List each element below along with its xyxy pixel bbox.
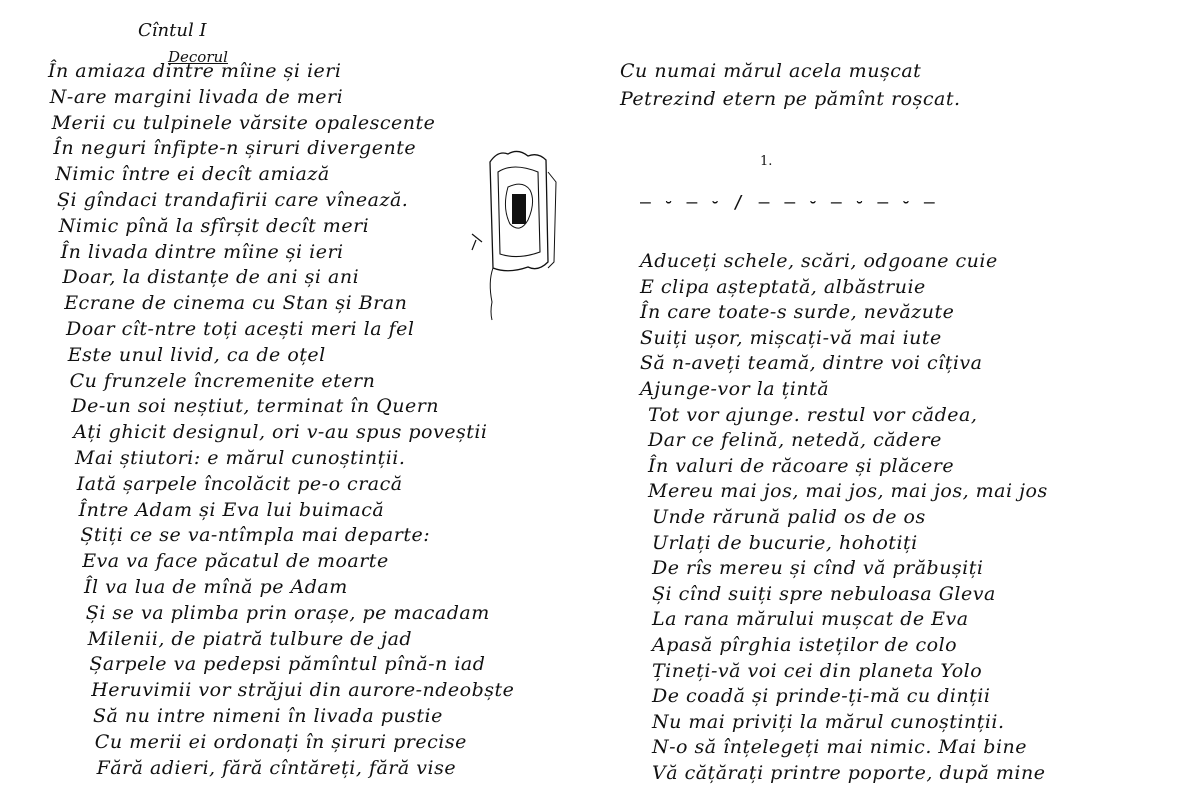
verse-line: La rana mărului mușcat de Eva [652, 608, 969, 630]
verse-line: În valuri de răcoare și plăcere [648, 455, 954, 477]
verse-line: Unde rărună palid os de os [652, 506, 926, 528]
verse-line: În care toate-s surde, nevăzute [640, 301, 954, 323]
verse-line: Să n-aveți teamă, dintre voi cîțiva [640, 352, 983, 374]
verse-line: Vă cățărați printre poporte, după mine [652, 762, 1046, 784]
verse-line: Cu frunzele încremenite etern [70, 370, 376, 392]
verse-line: Urlați de bucurie, hohotiți [652, 532, 918, 554]
left-manuscript-page: Cîntul I Decorul În amiaza dintre mîine … [0, 0, 560, 810]
section-number: 1. [760, 154, 772, 169]
verse-line: E clipa așteptată, albăstruie [640, 276, 926, 298]
verse-line: Ajunge-vor la țintă [640, 378, 829, 400]
verse-line: N-are margini livada de meri [50, 86, 343, 108]
verse-line: Și se va plimba prin orașe, pe macadam [86, 602, 490, 624]
verse-line: Iată șarpele încolăcit pe-o cracă [77, 473, 403, 495]
verse-line: Șarpele va pedepsi pămîntul pînă-n iad [89, 653, 485, 675]
verse-line: Cu merii ei ordonați în șiruri precise [95, 731, 467, 753]
verse-line: Tot vor ajunge. restul vor cădea, [648, 404, 977, 426]
verse-line: Merii cu tulpinele vărsite opalescente [52, 112, 436, 134]
verse-line: Știți ce se va-ntîmpla mai departe: [80, 524, 430, 546]
verse-line: Eva va face păcatul de moarte [82, 550, 389, 572]
verse-line: Ați ghicit designul, ori v-au spus poveș… [73, 421, 487, 443]
verse-line: N-o să înțelegeți mai nimic. Mai bine [652, 736, 1027, 758]
verse-line: De-un soi neștiut, terminat în Quern [71, 395, 439, 417]
verse-line: Țineți-vă voi cei din planeta Yolo [652, 660, 982, 682]
verse-line: De rîs mereu și cînd vă prăbușiți [652, 557, 983, 579]
right-manuscript-page: Cu numai mărul acela mușcatPetrezind ete… [590, 0, 1181, 810]
ornate-door-drawing-icon [468, 142, 578, 322]
verse-line: În neguri înfipte-n șiruri divergente [53, 137, 416, 159]
canto-title: Cîntul I [138, 20, 207, 41]
verse-line: În amiaza dintre mîine și ieri [48, 60, 341, 82]
verse-line: Doar cît-ntre toți acești meri la fel [66, 318, 414, 340]
verse-line: Îl va lua de mînă pe Adam [84, 576, 348, 598]
verse-line: Dar ce felină, netedă, cădere [648, 429, 942, 451]
verse-line: Și gîndaci trandafirii care vînează. [57, 189, 408, 211]
verse-line: Nimic pînă la sfîrșit decît meri [59, 215, 369, 237]
verse-line: Cu numai mărul acela mușcat [620, 60, 921, 82]
verse-line: Să nu intre nimeni în livada pustie [93, 705, 443, 727]
verse-line: Nimic între ei decît amiază [55, 163, 330, 185]
verse-line: Aduceți schele, scări, odgoane cuie [640, 250, 998, 272]
verse-line: Heruvimii vor străjui din aurore-ndeobșt… [91, 679, 514, 701]
verse-line: Mereu mai jos, mai jos, mai jos, mai jos [648, 480, 1048, 502]
verse-line: Apasă pîrghia isteților de colo [652, 634, 957, 656]
verse-line: De coadă și prinde-ți-mă cu dinții [652, 685, 990, 707]
meter-scheme: — ⏑ — ⏑ / — — ⏑ — ⏑ — ⏑ — [640, 192, 937, 213]
verse-line: Doar, la distanțe de ani și ani [62, 266, 359, 288]
verse-line: Între Adam și Eva lui buimacă [79, 499, 385, 521]
verse-line: Ecrane de cinema cu Stan și Bran [64, 292, 407, 314]
verse-line: Petrezind etern pe pămînt roșcat. [620, 88, 961, 110]
verse-line: Nu mai priviți la mărul cunoștinții. [652, 711, 1005, 733]
verse-line: Mai știutori: e mărul cunoștinții. [75, 447, 405, 469]
verse-line: Și cînd suiți spre nebuloasa Gleva [652, 583, 996, 605]
verse-line: Suiți ușor, mișcați-vă mai iute [640, 327, 942, 349]
verse-line: În livada dintre mîine și ieri [61, 241, 344, 263]
verse-line: Fără adieri, fără cîntăreți, fără vise [97, 757, 456, 779]
verse-line: Este unul livid, ca de oțel [68, 344, 326, 366]
verse-line: Milenii, de piatră tulbure de jad [88, 628, 412, 650]
